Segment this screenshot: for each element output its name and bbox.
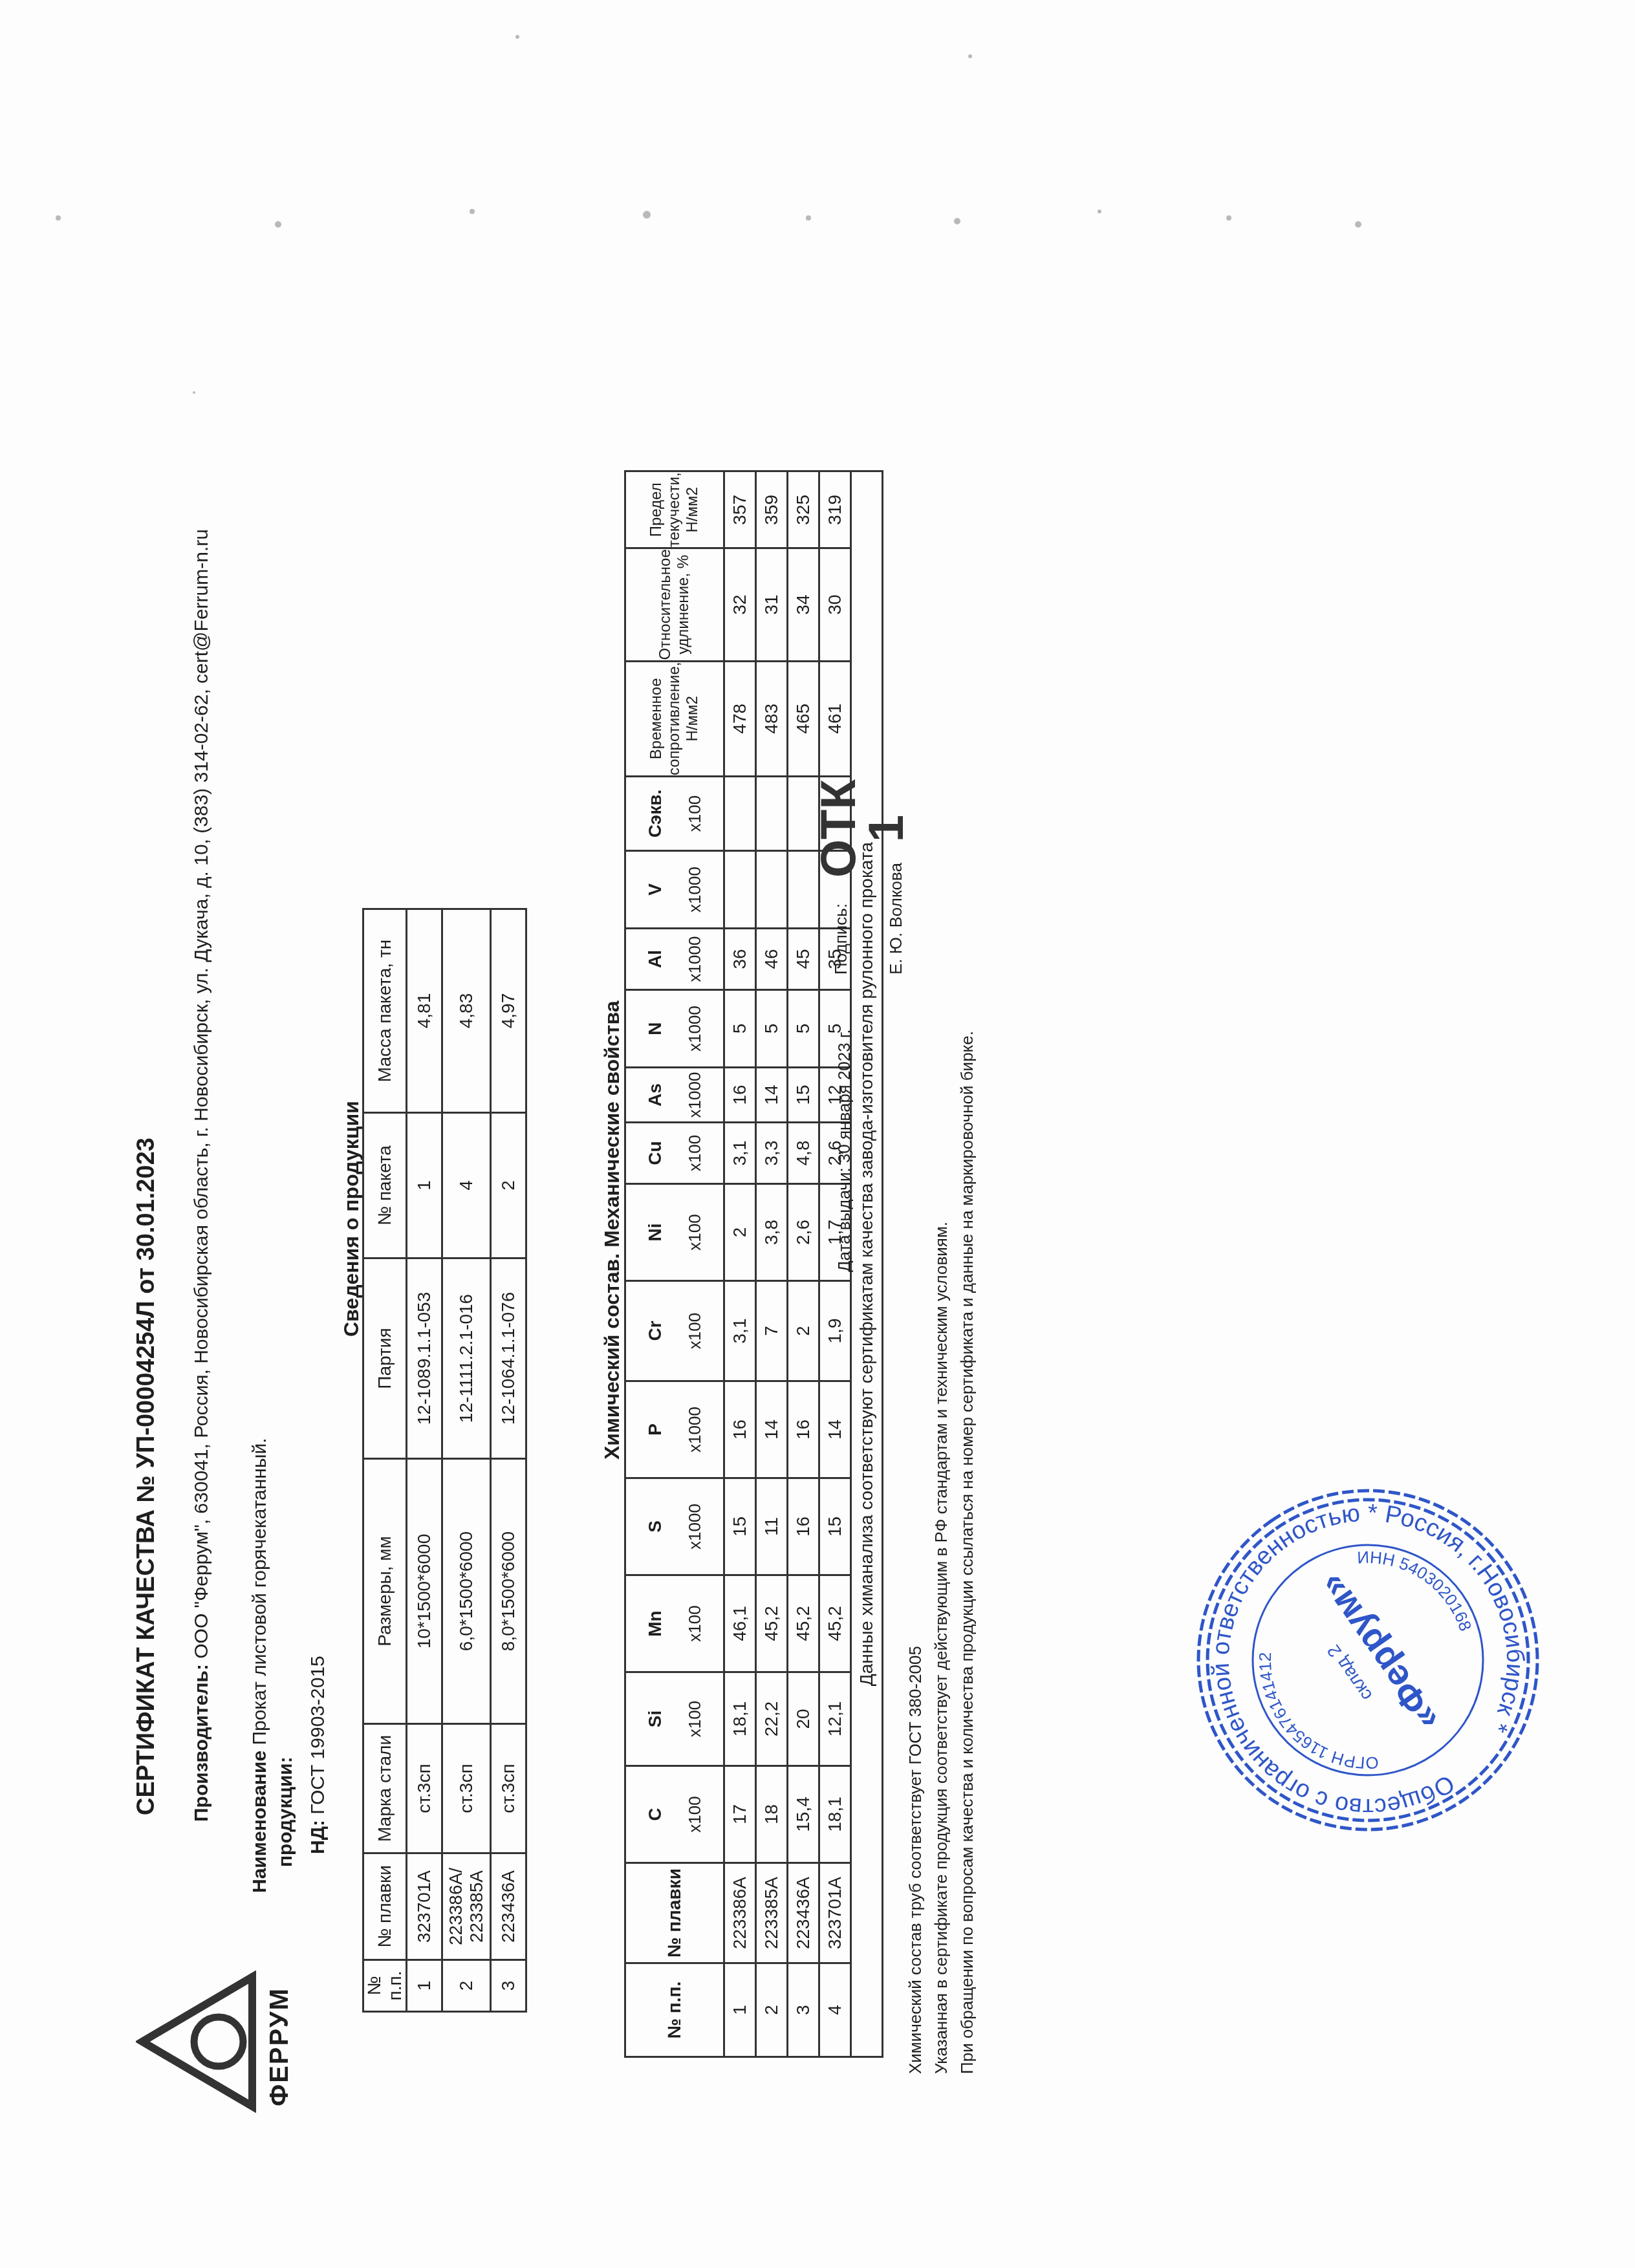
table-cell: 45 <box>788 929 819 990</box>
sign-label: Подпись: <box>831 903 851 975</box>
logo-text: ФЕРРУМ <box>265 1987 294 2106</box>
table-cell: 3,8 <box>756 1184 788 1281</box>
certificate-sheet: ФЕРРУМ СЕРТИФИКАТ КАЧЕСТВА № УП-00004254… <box>0 0 1635 2268</box>
issue-date: Дата выдачи: 30 января 2023 г. <box>834 1029 854 1272</box>
product-name-label-2: продукции: <box>275 1756 297 1867</box>
chem-table-header: Alx1000 <box>625 929 724 990</box>
table-cell: 45,2 <box>819 1575 851 1672</box>
company-logo: ФЕРРУМ <box>136 1964 291 2113</box>
chem-table-header: Mnx100 <box>625 1575 724 1672</box>
table-cell: 16 <box>724 1068 756 1123</box>
table-cell: 1,9 <box>819 1281 851 1381</box>
table-cell: ст.3сп <box>407 1724 442 1853</box>
table-cell: 4,8 <box>788 1123 819 1184</box>
signer-name: Е. Ю. Волкова <box>886 863 906 975</box>
table-cell: 12-1111.2.1-016 <box>442 1258 491 1459</box>
table-cell: 16 <box>724 1381 756 1478</box>
table-cell: 3,1 <box>724 1123 756 1184</box>
product-table-header: № п.п. <box>363 1960 407 2012</box>
table-cell: 223386А <box>724 1863 756 1963</box>
chem-table-header: № плавки <box>625 1863 724 1963</box>
table-cell: 15 <box>724 1478 756 1575</box>
table-cell: 3,3 <box>756 1123 788 1184</box>
table-cell: 16 <box>788 1478 819 1575</box>
footer-line-3: При обращении по вопросам качества и кол… <box>957 1031 977 2074</box>
table-cell: 3 <box>491 1960 526 2012</box>
table-cell: 10*1500*6000 <box>407 1459 442 1724</box>
product-table-header: Марка стали <box>363 1724 407 1853</box>
table-cell <box>756 851 788 929</box>
table-cell: 15 <box>819 1478 851 1575</box>
table-cell <box>724 777 756 851</box>
chem-table-header: Nx1000 <box>625 990 724 1068</box>
table-cell: 4,83 <box>442 909 491 1113</box>
table-cell: 8,0*1500*6000 <box>491 1459 526 1724</box>
table-cell: 4,97 <box>491 909 526 1113</box>
chem-table-header: № п.п. <box>625 1963 724 2057</box>
otk-label: ОТК <box>815 779 863 878</box>
chem-table-header: Cux100 <box>625 1123 724 1184</box>
product-table-header: № плавки <box>363 1853 407 1960</box>
table-cell: 15 <box>788 1068 819 1123</box>
table-cell: 223386А/ 223385А <box>442 1853 491 1960</box>
table-cell: 12-1089.1.1-053 <box>407 1258 442 1459</box>
table-cell: 1 <box>407 1113 442 1258</box>
table-row: 3223436Аст.3сп8,0*1500*600012-1064.1.1-0… <box>491 909 526 2012</box>
chem-table-header: Crx100 <box>625 1281 724 1381</box>
table-cell: 1 <box>407 1960 442 2012</box>
table-cell: 4 <box>442 1113 491 1258</box>
table-cell: 2,6 <box>788 1184 819 1281</box>
nd-line: НД: ГОСТ 19903-2015 <box>307 1656 329 1854</box>
table-cell: 46 <box>756 929 788 990</box>
table-cell: 5 <box>756 990 788 1068</box>
product-table-header: Размеры, мм <box>363 1459 407 1724</box>
chem-table-header: Six100 <box>625 1672 724 1766</box>
table-cell: 2 <box>724 1184 756 1281</box>
seal-icon: Общество с ограниченной ответственностью… <box>1187 1479 1549 1841</box>
table-cell <box>724 851 756 929</box>
product-name-label: Наименование <box>249 1751 270 1893</box>
table-cell: 18 <box>756 1766 788 1863</box>
table-cell: 2 <box>788 1281 819 1381</box>
table-cell: 20 <box>788 1672 819 1766</box>
product-table-header: Партия <box>363 1258 407 1459</box>
table-row: 1323701Аст.3сп10*1500*600012-1089.1.1-05… <box>407 909 442 2012</box>
table-cell: 223436А <box>491 1853 526 1960</box>
table-cell: 5 <box>724 990 756 1068</box>
table-cell: 17 <box>724 1766 756 1863</box>
table-cell: 45,2 <box>788 1575 819 1672</box>
product-table: № п.п.№ плавкиМарка сталиРазмеры, ммПарт… <box>362 908 527 2013</box>
table-cell: 7 <box>756 1281 788 1381</box>
table-cell: 3,1 <box>724 1281 756 1381</box>
chem-table-header: Сэкв.x100 <box>625 777 724 851</box>
table-cell: 3 <box>788 1963 819 2057</box>
otk-stamp: ОТК 1 <box>815 779 911 878</box>
producer-label: Производитель: <box>191 1664 212 1822</box>
chem-table-header: Sx1000 <box>625 1478 724 1575</box>
product-table-title: Сведения о продукции <box>340 1101 363 1337</box>
table-cell: 1 <box>724 1963 756 2057</box>
triangle-circle-logo-icon <box>136 1971 259 2113</box>
certificate-title: СЕРТИФИКАТ КАЧЕСТВА № УП-00004254Л от 30… <box>133 1138 160 1815</box>
chem-table-header: Cx100 <box>625 1766 724 1863</box>
table-cell: 223385А <box>756 1863 788 1963</box>
table-cell: 14 <box>756 1381 788 1478</box>
table-cell: 46,1 <box>724 1575 756 1672</box>
table-cell <box>756 777 788 851</box>
otk-number: 1 <box>863 779 911 878</box>
table-cell: 223436А <box>788 1863 819 1963</box>
table-cell: 2 <box>442 1960 491 2012</box>
table-cell: 323701А <box>407 1853 442 1960</box>
table-cell: 11 <box>756 1478 788 1575</box>
table-row: 2223386А/ 223385Аст.3сп6,0*1500*600012-1… <box>442 909 491 2012</box>
table-cell: 18,1 <box>724 1672 756 1766</box>
table-cell: 45,2 <box>756 1575 788 1672</box>
table-cell: 18,1 <box>819 1766 851 1863</box>
table-cell: 12-1064.1.1-076 <box>491 1258 526 1459</box>
table-cell: 5 <box>788 990 819 1068</box>
product-table-header: № пакета <box>363 1113 407 1258</box>
nd-value: ГОСТ 19903-2015 <box>307 1656 329 1814</box>
scan-noise <box>0 5 1635 781</box>
chem-table-header: Px1000 <box>625 1381 724 1478</box>
chem-table-header: Asx1000 <box>625 1068 724 1123</box>
chem-table-header: Vx1000 <box>625 851 724 929</box>
table-cell: ст.3сп <box>442 1724 491 1853</box>
table-cell: 2 <box>756 1963 788 2057</box>
product-name-block: Наименование Прокат листовой горячекатан… <box>249 1438 271 1893</box>
table-cell: 16 <box>788 1381 819 1478</box>
nd-label: НД: <box>307 1820 329 1854</box>
table-cell: 4,81 <box>407 909 442 1113</box>
table-cell: 14 <box>819 1381 851 1478</box>
table-cell: ст.3сп <box>491 1724 526 1853</box>
chem-table-header: Nix100 <box>625 1184 724 1281</box>
table-cell: 2 <box>491 1113 526 1258</box>
table-cell: 4 <box>819 1963 851 2057</box>
table-cell: 12,1 <box>819 1672 851 1766</box>
product-table-header: Масса пакета, тн <box>363 909 407 1113</box>
product-name-value: Прокат листовой горячекатанный. <box>249 1438 270 1745</box>
table-cell: 36 <box>724 929 756 990</box>
table-cell: 22,2 <box>756 1672 788 1766</box>
table-cell: 323701А <box>819 1863 851 1963</box>
table-cell: 15,4 <box>788 1766 819 1863</box>
table-cell: 14 <box>756 1068 788 1123</box>
footer-line-2: Указанная в сертификате продукция соотве… <box>931 1222 951 2074</box>
chem-table-title: Химический состав. Механические свойства <box>600 1000 624 1460</box>
table-cell: 6,0*1500*6000 <box>442 1459 491 1724</box>
footer-line-1: Химический состав труб соответствует ГОС… <box>905 1646 926 2074</box>
company-seal: Общество с ограниченной ответственностью… <box>1187 1479 1549 1841</box>
